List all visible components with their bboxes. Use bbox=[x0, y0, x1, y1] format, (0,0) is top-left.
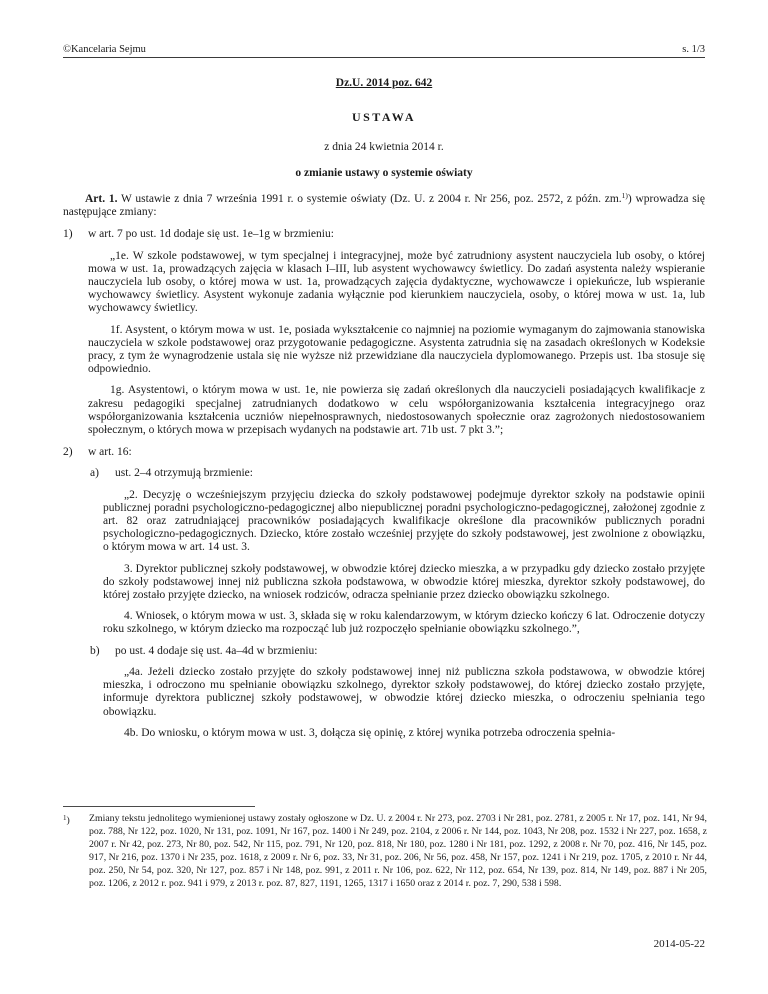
sub-item-a: a) ust. 2–4 otrzymują brzmienie: bbox=[90, 467, 705, 480]
document-body: Art. 1. W ustawie z dnia 7 września 1991… bbox=[63, 193, 705, 740]
page-header: ©Kancelaria Sejmu s. 1/3 bbox=[63, 44, 705, 58]
title-block: Dz.U. 2014 poz. 642 USTAWA z dnia 24 kwi… bbox=[63, 77, 705, 179]
sub-item-a-text: ust. 2–4 otrzymują brzmienie: bbox=[115, 467, 705, 480]
sub-item-b: b) po ust. 4 dodaje się ust. 4a–4d w brz… bbox=[90, 645, 705, 658]
sub-item-b-text: po ust. 4 dodaje się ust. 4a–4d w brzmie… bbox=[115, 645, 705, 658]
article-1-intro-text: W ustawie z dnia 7 września 1991 r. o sy… bbox=[117, 193, 621, 205]
quoted-provision-3: 3. Dyrektor publicznej szkoły podstawowe… bbox=[103, 563, 705, 603]
publisher-credit: ©Kancelaria Sejmu bbox=[63, 44, 146, 55]
quoted-provision-1e: „1e. W szkole podstawowej, w tym specjal… bbox=[88, 250, 705, 316]
amendment-item-2: 2) w art. 16: bbox=[63, 446, 705, 459]
page-date: 2014-05-22 bbox=[654, 938, 705, 950]
quoted-provision-4b: 4b. Do wniosku, o którym mowa w ust. 3, … bbox=[103, 727, 705, 740]
quoted-provision-1f: 1f. Asystent, o którym mowa w ust. 1e, p… bbox=[88, 324, 705, 377]
sub-item-a-marker: a) bbox=[90, 467, 115, 480]
page-number: s. 1/3 bbox=[682, 44, 705, 55]
amendment-item-2-marker: 2) bbox=[63, 446, 88, 459]
article-1-label: Art. 1. bbox=[85, 193, 117, 205]
act-subject: o zmianie ustawy o systemie oświaty bbox=[63, 167, 705, 179]
act-date: z dnia 24 kwietnia 2014 r. bbox=[63, 141, 705, 153]
footnote-1-marker: 1) bbox=[63, 812, 89, 890]
amendment-item-1: 1) w art. 7 po ust. 1d dodaje się ust. 1… bbox=[63, 228, 705, 241]
footnote-1: 1) Zmiany tekstu jednolitego wymienionej… bbox=[63, 812, 707, 890]
footnote-1-marker-paren: ) bbox=[67, 815, 70, 826]
quoted-provision-4: 4. Wniosek, o którym mowa w ust. 3, skła… bbox=[103, 610, 705, 636]
journal-reference: Dz.U. 2014 poz. 642 bbox=[63, 77, 705, 89]
article-1-intro: Art. 1. W ustawie z dnia 7 września 1991… bbox=[63, 193, 705, 219]
document-page: ©Kancelaria Sejmu s. 1/3 Dz.U. 2014 poz.… bbox=[0, 0, 768, 994]
act-type-heading: USTAWA bbox=[63, 110, 705, 125]
sub-item-b-marker: b) bbox=[90, 645, 115, 658]
footnote-separator-rule bbox=[63, 806, 255, 807]
amendment-item-1-text: w art. 7 po ust. 1d dodaje się ust. 1e–1… bbox=[88, 228, 705, 241]
footnote-1-text: Zmiany tekstu jednolitego wymienionej us… bbox=[89, 812, 707, 890]
quoted-provision-2: „2. Decyzję o wcześniejszym przyjęciu dz… bbox=[103, 489, 705, 555]
quoted-provision-4a: „4a. Jeżeli dziecko zostało przyjęte do … bbox=[103, 666, 705, 719]
footnote-section: 1) Zmiany tekstu jednolitego wymienionej… bbox=[63, 806, 707, 890]
amendment-item-1-marker: 1) bbox=[63, 228, 88, 241]
quoted-provision-1g: 1g. Asystentowi, o którym mowa w ust. 1e… bbox=[88, 384, 705, 437]
amendment-item-2-text: w art. 16: bbox=[88, 446, 705, 459]
